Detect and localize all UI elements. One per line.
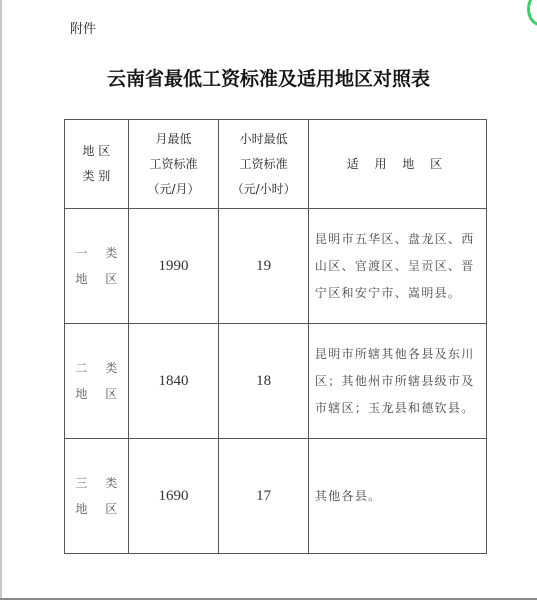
- table-row: 二 类 地 区 1840 18 昆明市所辖其他各县及东川区；其他州市所辖县级市及…: [65, 324, 487, 439]
- header-hourly-wage: 小时最低 工资标准 （元/小时）: [219, 120, 309, 209]
- header-line: 工资标准: [219, 152, 308, 177]
- hourly-wage-cell: 17: [219, 439, 309, 554]
- monthly-wage-cell: 1990: [128, 209, 219, 324]
- category-line: 地 区: [72, 381, 128, 407]
- header-line: （元/月）: [129, 177, 219, 202]
- min-wage-table: 地 区 类 别 月最低 工资标准 （元/月） 小时最低 工资标准 （元/小时） …: [64, 119, 487, 554]
- header-monthly-wage: 月最低 工资标准 （元/月）: [128, 120, 219, 209]
- table-row: 三 类 地 区 1690 17 其他各县。: [65, 439, 487, 554]
- header-region-category: 地 区 类 别: [65, 120, 129, 209]
- table-row: 一 类 地 区 1990 19 昆明市五华区、盘龙区、西山区、官渡区、呈贡区、晋…: [65, 209, 487, 324]
- hourly-wage-cell: 18: [219, 324, 309, 439]
- green-circle-icon: [527, 0, 537, 26]
- header-line: 月最低: [129, 127, 219, 152]
- document-title: 云南省最低工资标准及适用地区对照表: [0, 64, 537, 91]
- hourly-wage-cell: 19: [219, 209, 309, 324]
- region-category-cell: 二 类 地 区: [65, 324, 129, 439]
- header-line: 小时最低: [219, 127, 308, 152]
- header-line: 类 别: [65, 164, 128, 189]
- header-line: （元/小时）: [219, 177, 308, 202]
- header-line: 地 区: [65, 139, 128, 164]
- applicable-areas-cell: 昆明市所辖其他各县及东川区；其他州市所辖县级市及市辖区；玉龙县和德钦县。: [308, 324, 486, 439]
- table-header-row: 地 区 类 别 月最低 工资标准 （元/月） 小时最低 工资标准 （元/小时） …: [65, 120, 487, 209]
- monthly-wage-cell: 1690: [128, 439, 219, 554]
- applicable-areas-cell: 其他各县。: [308, 439, 486, 554]
- applicable-areas-cell: 昆明市五华区、盘龙区、西山区、官渡区、呈贡区、晋宁区和安宁市、嵩明县。: [308, 209, 486, 324]
- category-line: 二 类: [72, 355, 128, 381]
- category-line: 地 区: [72, 266, 128, 292]
- region-category-cell: 三 类 地 区: [65, 439, 129, 554]
- header-applicable-areas: 适 用 地 区: [308, 120, 486, 209]
- category-line: 一 类: [72, 240, 128, 266]
- category-line: 三 类: [72, 470, 128, 496]
- attachment-label: 附件: [70, 18, 96, 37]
- monthly-wage-cell: 1840: [128, 324, 219, 439]
- header-line: 工资标准: [129, 152, 219, 177]
- category-line: 地 区: [72, 496, 128, 522]
- region-category-cell: 一 类 地 区: [65, 209, 129, 324]
